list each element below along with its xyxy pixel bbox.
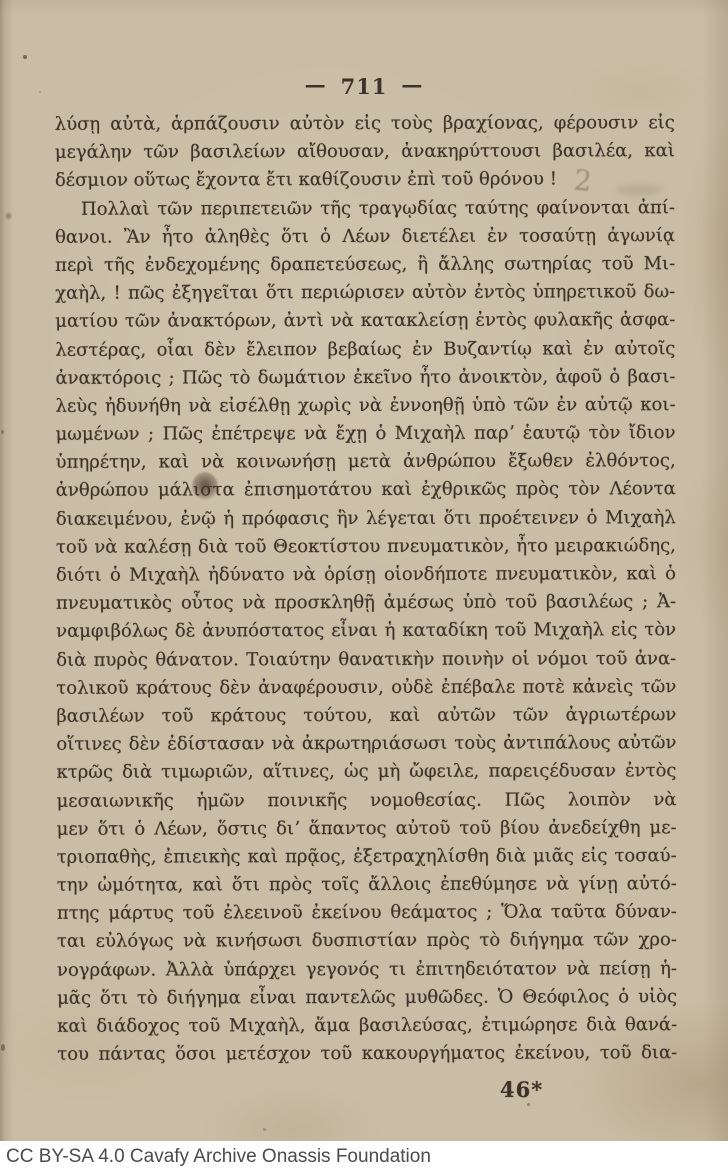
page-header: —711— [0, 74, 728, 99]
text-line: τολικοῦ κράτους δὲν ἀναφέρουσιν, οὐδὲ ἐπ… [56, 673, 676, 703]
text-line: διακειμένου, ἐνῷ ἡ πρόφασις ἣν λέγεται ὅ… [56, 504, 676, 534]
paper-speck [39, 91, 41, 93]
text-line: χαὴλ, ! πῶς ἐξηγεῖται ὅτι περιώρισεν αὐτ… [55, 278, 675, 308]
body-text: λύσῃ αὐτὰ, ἁρπάζουσιν αὐτὸν εἰς τοὺς βρα… [55, 109, 678, 1069]
text-line: μεσαιωνικῆς ἡμῶν ποινικῆς νομοθεσίας. Πῶ… [57, 786, 677, 816]
license-text: CC BY-SA 4.0 Cavafy Archive Onassis Foun… [6, 1141, 431, 1172]
paper-speck [23, 55, 27, 59]
text-line: μωμένων ; Πῶς ἐπέτρεψε νὰ ἔχῃ ὁ Μιχαὴλ π… [56, 419, 676, 449]
ink-smudge [192, 472, 218, 501]
text-line: λεὺς ἠδυνήθη νὰ εἰσέλθῃ χωρὶς νὰ ἐννοηθῇ… [55, 391, 675, 421]
text-line: βασιλέων τοῦ κράτους τούτου, καὶ αὐτῶν τ… [56, 701, 676, 731]
text-line: λεστέρας, οἷαι δὲν ἔλειπον βεβαίως ἐν Βυ… [55, 335, 675, 365]
text-line: διὰ πυρὸς θάνατον. Τοιαύτην θανατικὴν πο… [56, 645, 676, 675]
margin-dot-mark [5, 212, 12, 220]
text-line: νογράφων. Ἀλλὰ ὑπάρχει γεγονός τι ἐπιτηδ… [57, 955, 677, 985]
page-number: 711 [341, 74, 388, 99]
text-line: πνευματικὸς οὗτος νὰ προσκληθῇ ἀμέσως ὑπ… [56, 588, 676, 618]
text-line: διότι ὁ Μιχαὴλ ἠδύνατο νὰ ὁρίσῃ οἱονδήπο… [56, 560, 676, 590]
signature-mark: 46* [500, 1077, 543, 1102]
text-line: θανοι. Ἂν ἦτο ἀληθὲς ὅτι ὁ Λέων διετέλει… [55, 222, 675, 252]
license-bar: CC BY-SA 4.0 Cavafy Archive Onassis Foun… [0, 1141, 728, 1172]
text-line: ἀνθρώπου μάλιστα ἐπισημοτάτου καὶ ἐχθρικ… [56, 476, 676, 506]
text-line: τοῦ νὰ καλέσῃ διὰ τοῦ Θεοκτίστου πνευματ… [56, 532, 676, 562]
text-line: οἵτινες δὲν ἐδίστασαν νὰ ἀκρωτηριάσωσι τ… [56, 729, 676, 759]
text-line: ται εὐλόγως νὰ κινήσωσι δυσπιστίαν πρὸς … [57, 927, 677, 957]
paper-speck [1, 430, 4, 434]
paragraph-2: Πολλαὶ τῶν περιπετειῶν τῆς τραγῳδίας ταύ… [55, 194, 677, 1069]
header-dash-left: — [305, 72, 327, 97]
paper-speck [263, 1128, 266, 1131]
text-line: λύσῃ αὐτὰ, ἁρπάζουσιν αὐτὸν εἰς τοὺς βρα… [55, 109, 675, 139]
text-line: ναμφιβόλως δὲ ἀνυπόστατος εἶναι ἡ καταδί… [56, 617, 676, 647]
text-line: ματίου τῶν ἀνακτόρων, ἀντὶ νὰ κατακλείσῃ… [55, 307, 675, 337]
text-line: Πολλαὶ τῶν περιπετειῶν τῆς τραγῳδίας ταύ… [55, 194, 675, 224]
text-line: πτης μάρτυς τοῦ ἐλεεινοῦ ἐκείνου θεάματο… [57, 898, 677, 928]
text-line: καὶ διάδοχος τοῦ Μιχαὴλ, ἅμα βασιλεύσας,… [57, 1011, 677, 1041]
pencil-annotation: 2 [572, 163, 593, 198]
text-line: του πάντας ὅσοι μετέσχον τοῦ κακουργήματ… [57, 1039, 677, 1069]
text-line: ὑπηρέτην, καὶ νὰ κοινωνήσῃ μετὰ ἀνθρώπου… [56, 447, 676, 477]
text-line: κτρῶς διὰ τιμωριῶν, αἵτινες, ὡς μὴ ὤφειλ… [56, 758, 676, 788]
text-line: περὶ τῆς ἐνδεχομένης δραπετεύσεως, ἢ ἄλλ… [55, 250, 675, 280]
text-line: μᾶς ὅτι τὸ διήγημα εἶναι παντελῶς μυθῶδε… [57, 983, 677, 1013]
header-dash-right: — [401, 72, 423, 97]
text-line: τριοπαθὴς, ἐπιεικὴς καὶ πρᾷος, ἐξετραχηλ… [57, 842, 677, 872]
pencil-eraser-smudge [616, 184, 662, 196]
paper-speck [1, 1044, 5, 1051]
text-line: ἀνακτόροις ; Πῶς τὸ δωμάτιον ἐκεῖνο ἦτο … [55, 363, 675, 393]
scanned-page: —711— λύσῃ αὐτὰ, ἁρπάζουσιν αὐτὸν εἰς το… [0, 0, 728, 1141]
paper-speck [527, 1103, 530, 1106]
text-line: την ὠμότητα, καὶ ὅτι πρὸς τοῖς ἄλλοις ἐπ… [57, 870, 677, 900]
text-line: μεγάλην τῶν βασιλείων αἴθουσαν, ἀνακηρύτ… [55, 137, 675, 167]
text-line: μεν ὅτι ὁ Λέων, ὅστις διʼ ἅπαντος αὐτοῦ … [57, 814, 677, 844]
